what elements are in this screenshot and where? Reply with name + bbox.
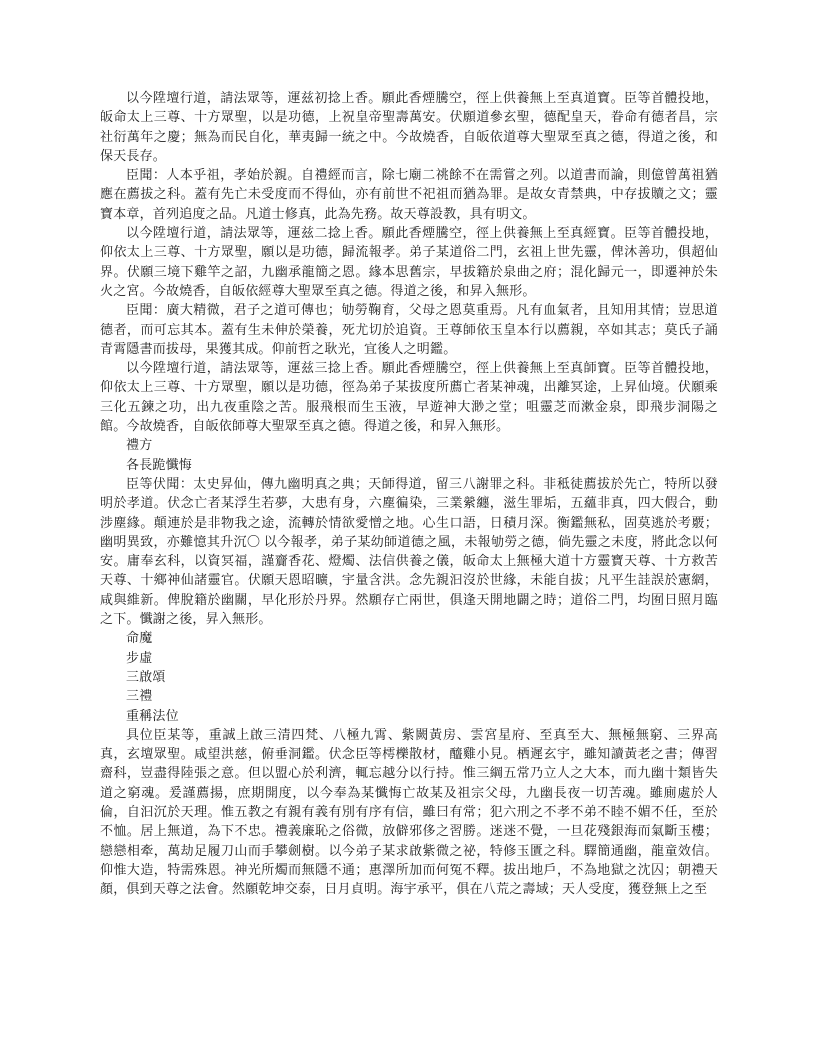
paragraph: 臣等伏聞：太史昇仙，傳九幽明真之典；天師得道，留三八謝罪之科。非秪徒薦拔於先亡，…: [100, 474, 718, 628]
ritual-heading: 各長跪懺悔: [100, 455, 718, 474]
paragraph: 臣聞：廣大精微，君子之道可傳也；劬勞鞠育，父母之恩莫重焉。凡有血氣者，且知用其情…: [100, 300, 718, 358]
ritual-heading: 命魔: [100, 628, 718, 647]
ritual-heading: 步虛: [100, 648, 718, 667]
text-body: 以今陞壇行道，請法眾等，運兹初捻上香。願此香煙騰空，徑上供養無上至真道寶。臣等首…: [100, 88, 718, 898]
ritual-heading: 禮方: [100, 435, 718, 454]
ritual-heading: 三啟頌: [100, 667, 718, 686]
paragraph: 具位臣某等，重誠上啟三清四梵、八極九霄、紫闕黃房、雲宮星府、至真至大、無極無窮、…: [100, 725, 718, 899]
document-page: 以今陞壇行道，請法眾等，運兹初捻上香。願此香煙騰空，徑上供養無上至真道寶。臣等首…: [0, 0, 816, 1056]
paragraph: 臣聞：人本乎祖，孝始於親。自禮經而言，除七廟二祧餘不在需嘗之列。以道書而論，則億…: [100, 165, 718, 223]
ritual-heading: 重稱法位: [100, 706, 718, 725]
paragraph: 以今陞壇行道，請法眾等，運兹初捻上香。願此香煙騰空，徑上供養無上至真道寶。臣等首…: [100, 88, 718, 165]
paragraph: 以今陞壇行道，請法眾等，運兹三捻上香。願此香煙騰空，徑上供養無上至真師寶。臣等首…: [100, 358, 718, 435]
paragraph: 以今陞壇行道，請法眾等，運兹二捻上香。願此香煙騰空，徑上供養無上至真經寶。臣等首…: [100, 223, 718, 300]
ritual-heading: 三禮: [100, 686, 718, 705]
